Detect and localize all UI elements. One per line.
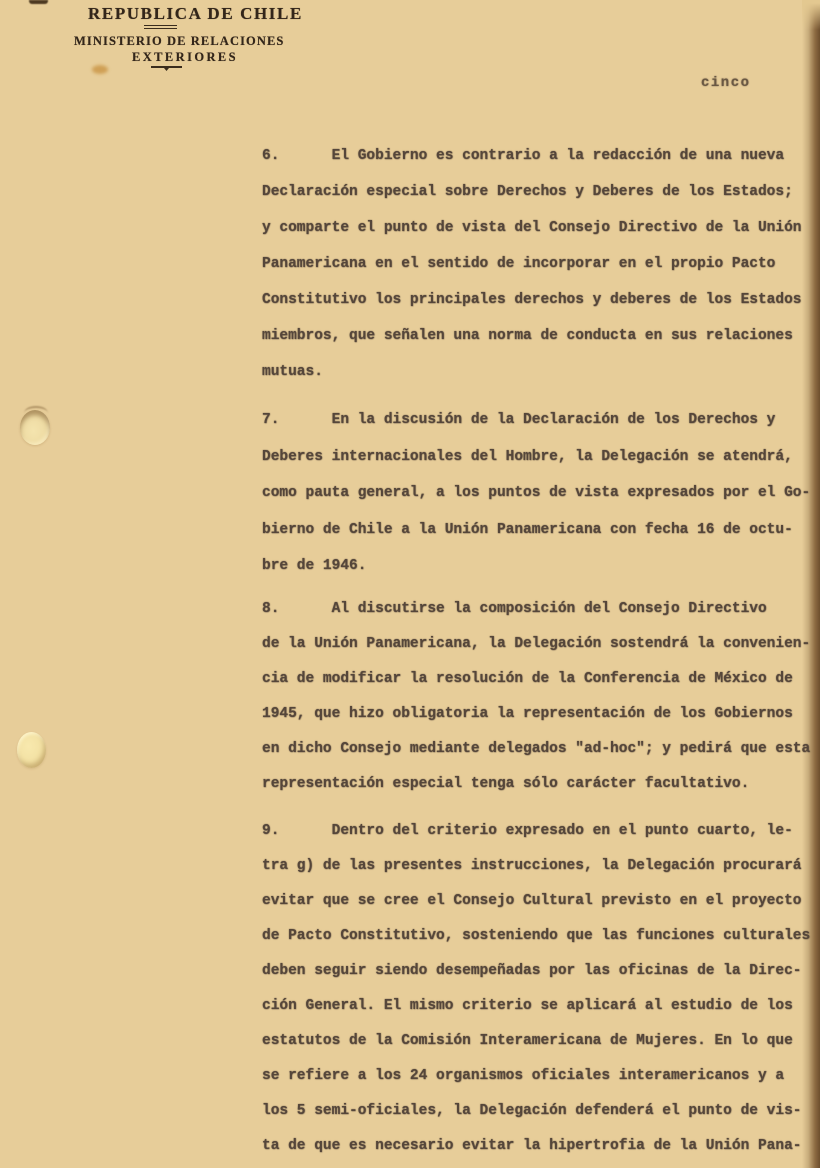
paragraph-line: Panamericana en el sentido de incorporar…	[262, 246, 814, 282]
paragraph-line: tra g) de las presentes instrucciones, l…	[262, 849, 814, 884]
paragraph-line: 6. El Gobierno es contrario a la redacci…	[262, 138, 814, 174]
punch-hole-bottom	[17, 732, 46, 768]
punch-hole-top-tear	[24, 406, 48, 420]
page-number: cinco	[701, 75, 751, 91]
paragraph-line: Declaración especial sobre Derechos y De…	[262, 174, 814, 210]
letterhead-ministry-2: EXTERIORES	[74, 50, 296, 65]
paragraph-line: ción General. El mismo criterio se aplic…	[262, 989, 814, 1024]
paragraph-line: bierno de Chile a la Unión Panamericana …	[262, 512, 814, 549]
scan-edge-right-fade	[802, 0, 820, 30]
paragraph-line: Deberes internacionales del Hombre, la D…	[262, 439, 814, 476]
paragraph-line: representación especial tenga sólo carác…	[262, 767, 814, 802]
paragraph-line: 1945, que hizo obligatoria la representa…	[262, 697, 814, 732]
scan-artifact-top	[29, 0, 48, 4]
paragraph-6: 6. El Gobierno es contrario a la redacci…	[262, 138, 814, 390]
paragraph-line: evitar que se cree el Consejo Cultural p…	[262, 884, 814, 919]
paragraph-line: miembros, que señalen una norma de condu…	[262, 318, 814, 354]
paragraph-line: de Pacto Constitutivo, sosteniendo que l…	[262, 919, 814, 954]
paragraph-line: bre de 1946.	[262, 548, 814, 585]
letterhead-rule-bottom	[151, 66, 182, 68]
paragraph-8: 8. Al discutirse la composición del Cons…	[262, 592, 814, 802]
paragraph-line: deben seguir siendo desempeñadas por las…	[262, 954, 814, 989]
paragraph-line: 7. En la discusión de la Declaración de …	[262, 402, 814, 439]
letterhead-ministry: MINISTERIO DE RELACIONES	[74, 34, 334, 49]
paragraph-9: 9. Dentro del criterio expresado en el p…	[262, 814, 814, 1164]
document-page: REPUBLICA DE CHILE MINISTERIO DE RELACIO…	[0, 0, 820, 1168]
letterhead-country: REPUBLICA DE CHILE	[88, 4, 348, 24]
paragraph-line: de la Unión Panamericana, la Delegación …	[262, 627, 814, 662]
paragraph-line: mutuas.	[262, 354, 814, 390]
paragraph-line: estatutos de la Comisión Interamericana …	[262, 1024, 814, 1059]
letterhead-rule-top	[144, 25, 177, 29]
paragraph-line: en dicho Consejo mediante delegados "ad-…	[262, 732, 814, 767]
paragraph-7: 7. En la discusión de la Declaración de …	[262, 402, 814, 585]
paragraph-line: se refiere a los 24 organismos oficiales…	[262, 1059, 814, 1094]
letterhead-rule-ornament	[164, 68, 169, 71]
paragraph-line: cia de modificar la resolución de la Con…	[262, 662, 814, 697]
paper-smudge	[92, 65, 108, 74]
paragraph-line: Constitutivo los principales derechos y …	[262, 282, 814, 318]
paragraph-line: como pauta general, a los puntos de vist…	[262, 475, 814, 512]
paragraph-line: los 5 semi-oficiales, la Delegación defe…	[262, 1094, 814, 1129]
paragraph-line: ta de que es necesario evitar la hipertr…	[262, 1129, 814, 1164]
paragraph-line: 8. Al discutirse la composición del Cons…	[262, 592, 814, 627]
paragraph-line: 9. Dentro del criterio expresado en el p…	[262, 814, 814, 849]
paragraph-line: y comparte el punto de vista del Consejo…	[262, 210, 814, 246]
